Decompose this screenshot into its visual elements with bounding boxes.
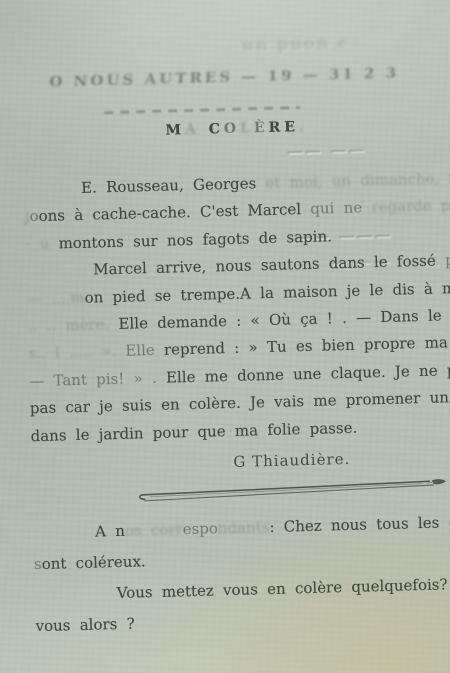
text-segment: E. Rousseau, Georges <box>81 174 266 197</box>
text-segment: montons sur nos fagots de sapin. <box>58 227 332 252</box>
text-segment: · u <box>25 234 58 253</box>
text-segment: qui ne <box>310 199 372 219</box>
text-segment: È <box>254 120 269 136</box>
text-segment: L <box>240 120 254 136</box>
ghost-dashed-line <box>104 106 300 114</box>
text-segment: Elle me donne une claque. Je ne pleure <box>166 360 450 387</box>
emboss-mark: un puon e <box>242 33 350 55</box>
text-segment: vous alors ? <box>35 615 135 636</box>
text-segment: A n <box>95 522 125 541</box>
text-segment: ons à cache-cache. C'est Marcel <box>38 200 310 225</box>
text-segment: RE <box>268 119 299 136</box>
text-segment: .. .. mère. <box>28 315 119 335</box>
divider-rule <box>134 475 450 507</box>
closing-text: A nos correspondants: Chez nous tous les… <box>33 507 450 642</box>
signature: G Thiaudière. <box>233 450 350 471</box>
text-segment: Elle demande : « Où ça ! . — Dans le fos… <box>118 305 450 333</box>
text-segment: plein <box>445 251 450 270</box>
body-text: E. Rousseau, Georges et moi, un dimanche… <box>24 165 450 450</box>
page-title: MA COLÈRE. <box>0 115 445 143</box>
text-segment: ont coléreux. <box>41 552 145 573</box>
text-segment: os corr <box>125 520 183 540</box>
text-segment: Vous mettez vous en colère quelquefois? … <box>117 574 450 602</box>
text-segment: M <box>165 122 185 139</box>
text-segment: : Chez nous tous les <box>269 513 449 536</box>
text-segment: — ....m <box>27 288 85 308</box>
text-segment: — Tant pis! » . <box>29 369 166 391</box>
ghost-stamp: O NOUS AUTRES — 19 — 31 2 3 <box>49 64 379 90</box>
text-segment: Elle <box>125 341 164 360</box>
text-segment: A <box>185 122 200 138</box>
text-segment: s.. l ..... ». <box>28 342 125 363</box>
page-ink-layer: O NOUS AUTRES — 19 — 31 2 3 MA COLÈRE. u… <box>0 0 450 673</box>
emboss-mark: —— —— <box>287 140 367 161</box>
scanned-page: O NOUS AUTRES — 19 — 31 2 3 MA COLÈRE. u… <box>0 0 450 673</box>
text-segment: . <box>299 119 308 135</box>
text-segment: O <box>224 121 241 137</box>
text-segment: espo <box>182 519 218 538</box>
text-segment: reprend : » Tu es bien propre ma fois! <box>164 333 450 360</box>
text-segment: s <box>34 555 42 573</box>
text-segment: Marcel arrive, nous sautons dans le foss… <box>93 252 445 279</box>
text-segment: on pied se trempe.A la maison je le dis … <box>84 278 450 306</box>
text-segment: o <box>29 207 38 225</box>
text-segment: ndants <box>218 518 270 537</box>
text-segment: dans le jardin pour que ma folie passe. <box>30 418 357 445</box>
text-segment: C <box>200 121 224 138</box>
text-segment: regarde pas de ce côté <box>371 194 450 217</box>
text-segment: et moi, un dimanche, nous <box>265 168 450 192</box>
